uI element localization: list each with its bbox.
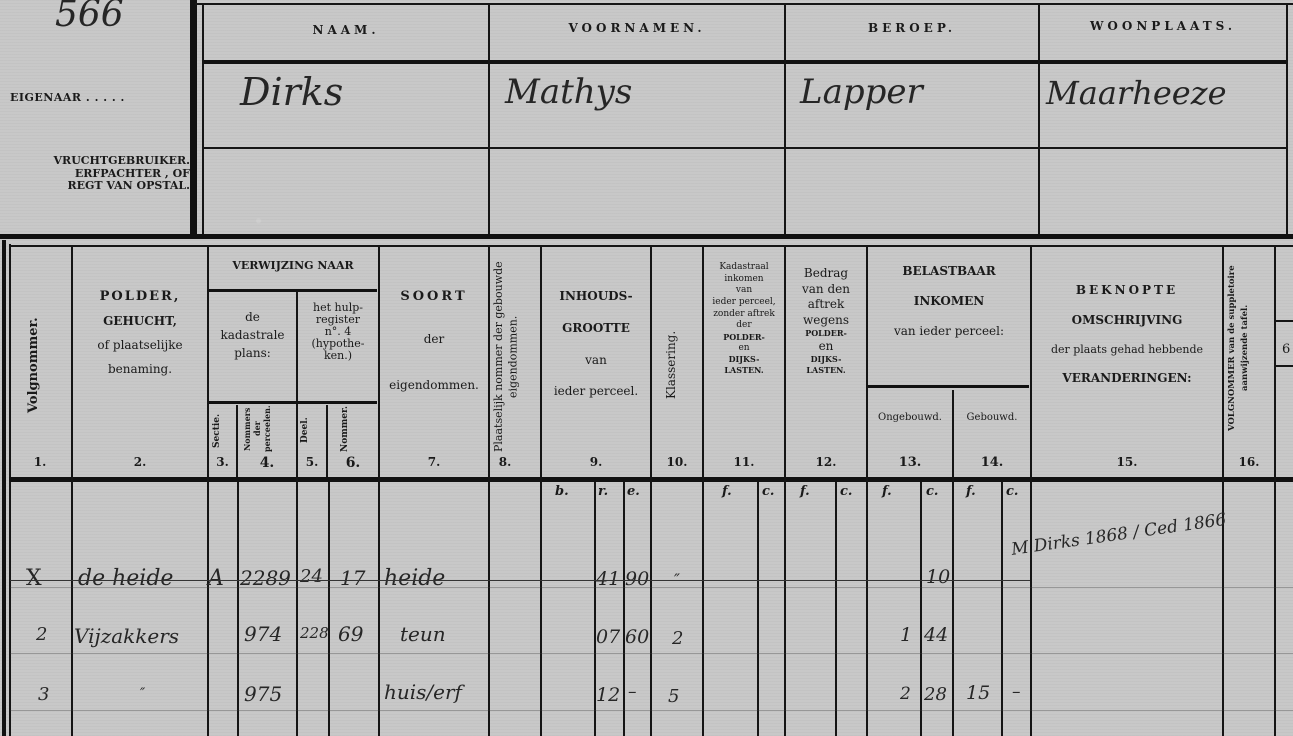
unit-cent: c. bbox=[840, 484, 852, 499]
verwijzing-rule bbox=[209, 289, 377, 292]
cell-nommer: 17 bbox=[340, 566, 365, 590]
unit-florin: f. bbox=[882, 484, 892, 499]
cell-volgnommer: X bbox=[26, 566, 42, 591]
cell-polder: Vijzakkers bbox=[74, 624, 179, 648]
owner-frame-top bbox=[195, 3, 1293, 5]
col-number: 12. bbox=[786, 455, 866, 469]
margin-rule bbox=[1276, 320, 1293, 322]
unit-cent: c. bbox=[926, 484, 938, 499]
header-beknopte-omschrijving: BEKNOPTE OMSCHRIJVING der plaats gehad h… bbox=[1032, 284, 1222, 386]
unit-florin: f. bbox=[800, 484, 810, 499]
owner-woonplaats: Maarheeze bbox=[1046, 74, 1227, 112]
header-klassering: Klassering. bbox=[664, 320, 688, 410]
strikethrough-line bbox=[10, 580, 1030, 581]
col-divider bbox=[835, 482, 837, 736]
header-sectie: Sectie. bbox=[212, 408, 232, 453]
cell-roede: 07 bbox=[596, 626, 620, 648]
col-divider bbox=[1274, 245, 1276, 736]
owner-header-rule bbox=[204, 60, 1286, 64]
header-ongebouwd: Ongebouwd. bbox=[866, 412, 954, 424]
owner-naam: Dirks bbox=[240, 70, 343, 114]
header-soort: SOORT der eigendommen. bbox=[380, 290, 488, 393]
cell-ongebouwd-f: 1 bbox=[900, 624, 912, 646]
header-kadastrale: de kadastrale plans: bbox=[209, 308, 296, 362]
col-number: 14. bbox=[954, 455, 1030, 470]
header-inhoudsgrootte: INHOUDS- GROOTTE van ieder perceel. bbox=[542, 290, 650, 399]
guide-line bbox=[10, 653, 1293, 654]
belastbaar-rule bbox=[868, 385, 1029, 388]
cell-polder: ″ bbox=[140, 686, 145, 702]
cell-volgnommer: 3 bbox=[38, 684, 49, 705]
col-number: 8. bbox=[490, 455, 520, 469]
margin-fragment: 6 bbox=[1282, 342, 1290, 357]
owner-frame-left bbox=[190, 0, 197, 236]
col-divider bbox=[952, 390, 954, 736]
guide-line bbox=[10, 710, 1293, 711]
cell-nommer: 69 bbox=[338, 622, 363, 646]
col-number: 2. bbox=[73, 455, 207, 469]
owner-col-divider bbox=[1286, 3, 1288, 235]
col-divider bbox=[757, 482, 759, 736]
header-deel: Deel. bbox=[300, 408, 320, 453]
col-divider bbox=[237, 482, 239, 736]
owner-col-divider bbox=[1038, 3, 1040, 235]
header-nommers-perceelen: Nommers der perceelen. bbox=[242, 404, 290, 454]
usufructuary-label: VRUCHTGEBRUIKER. ERFPACHTER , OF REGT VA… bbox=[10, 155, 190, 193]
header-volgnommer: Volgnommer. bbox=[26, 300, 50, 430]
header-kadastraal-inkomen: Kadastraal inkomen van ieder perceel, zo… bbox=[704, 262, 784, 375]
cell-perceel: 974 bbox=[244, 622, 282, 646]
owner-beroep: Lapper bbox=[800, 72, 923, 112]
header-hulpregister: het hulp- register n°. 4 (hypothe- ken.) bbox=[298, 302, 378, 362]
cell-sectie: A bbox=[208, 566, 224, 591]
cell-polder: de heide bbox=[78, 566, 173, 591]
header-nommer: Nommer. bbox=[340, 404, 360, 454]
header-voornamen: VOORNAMEN. bbox=[490, 22, 784, 36]
col-number: 3. bbox=[209, 455, 236, 469]
cell-roede: 12 bbox=[596, 684, 620, 706]
col-number: 1. bbox=[10, 455, 70, 469]
cell-klassering: 2 bbox=[672, 628, 683, 649]
cell-deel: 24 bbox=[300, 566, 323, 587]
owner-row-rule bbox=[204, 147, 1286, 149]
owner-frame-bottom bbox=[0, 234, 1293, 239]
page-number: 566 bbox=[55, 0, 124, 35]
col-number: 11. bbox=[704, 455, 784, 469]
table-frame-left bbox=[2, 240, 6, 736]
cell-soort: heide bbox=[384, 566, 445, 591]
header-beroep: BEROEP. bbox=[786, 22, 1038, 36]
cell-soort: teun bbox=[400, 622, 446, 646]
col-number: 5. bbox=[298, 455, 326, 469]
unit-cent: c. bbox=[762, 484, 774, 499]
margin-rule bbox=[1276, 365, 1293, 367]
cell-el: 90 bbox=[625, 568, 649, 590]
owner-frame-inner bbox=[202, 5, 204, 235]
col-divider bbox=[1222, 245, 1224, 736]
col-divider bbox=[1001, 482, 1003, 736]
cell-veranderingen: M Dirks 1868 / Ced 1866 bbox=[1010, 510, 1228, 560]
header-belastbaar-inkomen: BELASTBAAR INKOMEN van ieder perceel: bbox=[868, 265, 1030, 338]
header-polder: POLDER, GEHUCHT, of plaatselijke benamin… bbox=[73, 290, 207, 376]
col-number: 13. bbox=[868, 455, 952, 470]
cell-roede: 41 bbox=[596, 568, 620, 590]
unit-florin: f. bbox=[722, 484, 732, 499]
owner-label: EIGENAAR . . . . . bbox=[10, 92, 125, 105]
header-bedrag-aftrek: Bedrag van den aftrek wegens POLDER- en … bbox=[786, 266, 866, 375]
cell-el: 60 bbox=[625, 626, 649, 648]
cell-deel: 228 bbox=[300, 624, 329, 642]
header-woonplaats: WOONPLAATS. bbox=[1040, 20, 1286, 34]
cell-soort: huis/erf bbox=[384, 680, 462, 704]
unit-bunder: b. bbox=[555, 484, 569, 499]
guide-line bbox=[10, 587, 1293, 588]
col-number: 4. bbox=[238, 455, 296, 471]
col-number: 10. bbox=[652, 455, 702, 469]
unit-el: e. bbox=[627, 484, 640, 499]
col-divider bbox=[328, 482, 330, 736]
header-gebouwd: Gebouwd. bbox=[954, 412, 1030, 424]
cell-klassering: 5 bbox=[668, 686, 679, 707]
cell-gebouwd-f: 15 bbox=[966, 682, 990, 704]
col-number: 6. bbox=[328, 455, 378, 471]
cell-ongebouwd-f: 2 bbox=[900, 684, 911, 704]
cell-perceel: 975 bbox=[244, 682, 282, 706]
owner-col-divider bbox=[488, 3, 490, 235]
col-number: 9. bbox=[542, 455, 650, 469]
col-divider bbox=[623, 482, 625, 736]
header-volgnommer-suppletoire: VOLGNOMMER van de suppletoire aanwijzend… bbox=[1226, 248, 1272, 448]
col-number: 7. bbox=[380, 455, 488, 469]
cell-gebouwd-c: – bbox=[1012, 682, 1021, 702]
header-naam: NAAM. bbox=[204, 24, 488, 38]
unit-cent: c. bbox=[1006, 484, 1018, 499]
col-divider bbox=[488, 245, 490, 736]
col-divider bbox=[650, 245, 652, 736]
unit-florin: f. bbox=[966, 484, 976, 499]
cell-ongebouwd-c: 28 bbox=[924, 684, 947, 705]
ledger-page: 566 EIGENAAR . . . . . VRUCHTGEBRUIKER. … bbox=[0, 0, 1293, 736]
owner-voornamen: Mathys bbox=[505, 72, 632, 112]
table-frame-inner bbox=[9, 244, 11, 736]
cell-ongebouwd-c: 10 bbox=[926, 566, 950, 588]
col-divider bbox=[920, 482, 922, 736]
header-plaatselijk-nommer: Plaatselijk nommer der gebouwde eigendom… bbox=[492, 252, 536, 462]
owner-col-divider bbox=[784, 3, 786, 235]
col-number: 16. bbox=[1224, 455, 1274, 469]
cell-volgnommer: 2 bbox=[36, 624, 47, 645]
unit-roede: r. bbox=[598, 484, 608, 499]
header-verwijzing: VERWIJZING NAAR bbox=[209, 260, 377, 273]
col-number: 15. bbox=[1032, 455, 1222, 469]
cell-ongebouwd-c: 44 bbox=[924, 624, 948, 646]
cell-perceel: 2289 bbox=[240, 566, 291, 590]
cell-el: – bbox=[628, 682, 637, 702]
